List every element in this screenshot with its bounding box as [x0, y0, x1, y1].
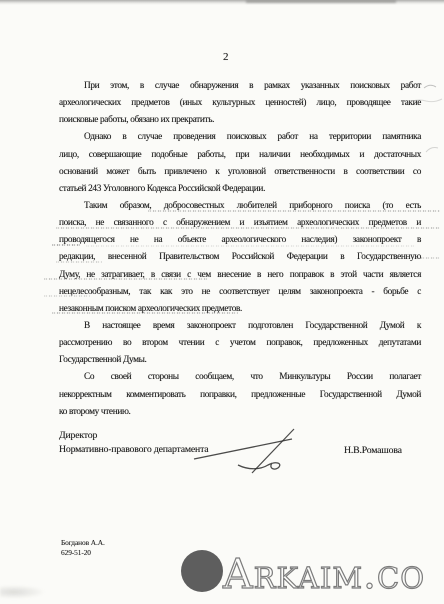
text-line: поисковые работы, обязано их прекратить.	[59, 112, 421, 129]
signoff-title-line2: Нормативно-правового департамента	[59, 443, 208, 457]
text-line: незаконным поиском археологических предм…	[59, 301, 421, 318]
text-line: поиска, не связанного с обнаружением и и…	[59, 215, 421, 232]
executor-phone: 629-51-20	[61, 548, 105, 558]
text-line: Государственной Думы.	[59, 352, 421, 369]
scan-smudge	[0, 585, 46, 599]
text-line: лицо, совершающие подобные работы, при н…	[59, 147, 421, 164]
watermark-circle-icon	[181, 550, 223, 592]
executor-name: Богданов А.А.	[61, 538, 105, 548]
text-line: нецелесообразным, так как это не соответ…	[59, 284, 421, 301]
signer-name: Н.В.Ромашова	[344, 445, 402, 456]
signoff-title-line1: Директор	[59, 429, 208, 443]
signoff-title: Директор Нормативно-правового департамен…	[59, 429, 208, 456]
document-body: При этом, в случае обнаружения в рамках …	[59, 78, 421, 421]
executor-footer: Богданов А.А. 629-51-20	[61, 538, 105, 557]
text-line: Однако в случае проведения поисковых раб…	[59, 129, 421, 146]
margin-scribble-top	[404, 80, 444, 120]
watermark-text: Arkaim.co	[223, 546, 425, 602]
text-line: Со своей стороны сообщаем, что Минкульту…	[59, 369, 421, 386]
arkaim-watermark: Arkaim.co	[178, 546, 444, 604]
text-line: оснований может быть привлечено к уголов…	[59, 164, 421, 181]
text-line: статьей 243 Уголовного Кодекса Российско…	[59, 181, 421, 198]
text-line: Таким образом, добросовестных любителей …	[59, 198, 421, 215]
text-line: археологических предметов (иных культурн…	[59, 95, 421, 112]
text-line: редакции, внесенной Правительством Росси…	[59, 249, 421, 266]
text-line: При этом, в случае обнаружения в рамках …	[59, 78, 421, 95]
text-line: Думу, не затрагивает, в связи с чем внес…	[59, 267, 421, 284]
text-line: рассмотрению во втором чтении с учетом п…	[59, 335, 421, 352]
page-number: 2	[0, 51, 444, 63]
margin-scribble-small	[424, 142, 442, 158]
scanner-edge-shadow-dark	[246, 0, 396, 3]
handwritten-signature	[188, 423, 312, 477]
text-line: некорректным комментировать поправки, пр…	[59, 387, 421, 404]
text-line: ко второму чтению.	[59, 404, 421, 421]
text-line: В настоящее время законопроект подготовл…	[59, 318, 421, 335]
scanned-letter-page: 2 При этом, в случае обнаружения в рамка…	[0, 0, 444, 604]
